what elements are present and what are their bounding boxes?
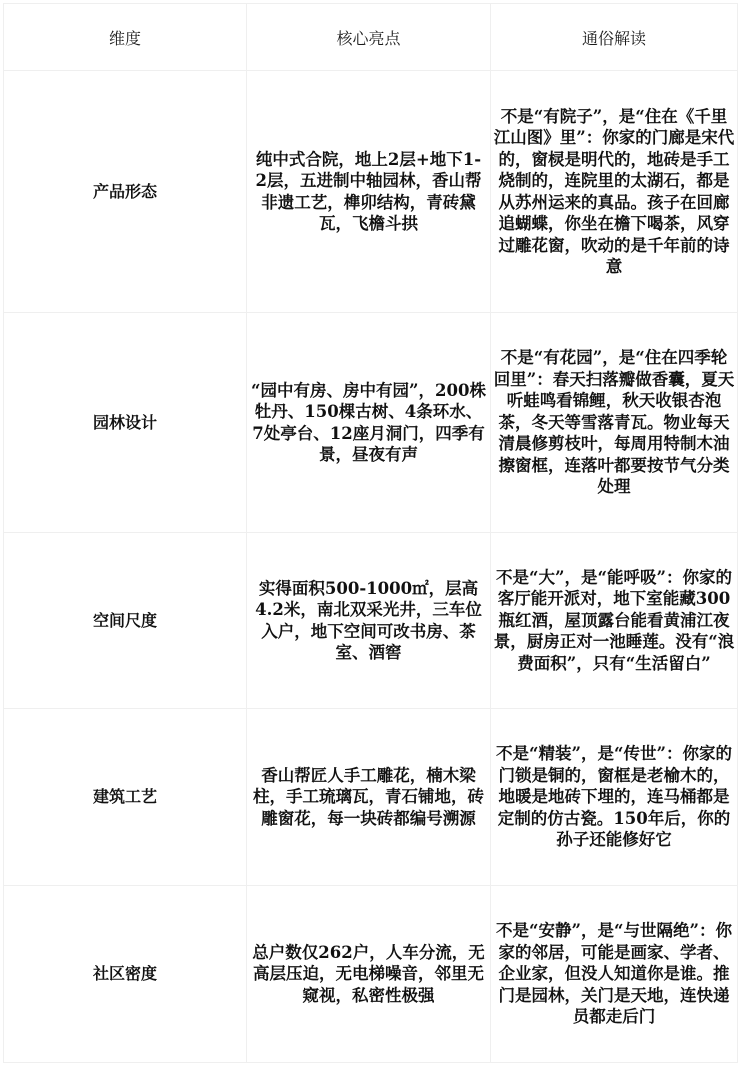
table-row: 社区密度 总户数仅262户，人车分流，无高层压迫，无电梯噪音，邻里无窥视，私密性… <box>4 886 738 1063</box>
cell-highlight: 实得面积500-1000㎡，层高4.2米，南北双采光井，三车位入户，地下空间可改… <box>247 533 491 709</box>
comparison-table: 维度 核心亮点 通俗解读 产品形态 纯中式合院，地上2层+地下1-2层，五进制中… <box>3 3 738 1063</box>
cell-highlight: “园中有房、房中有园”，200株牡丹、150棵古树、4条环水、7处亭台、12座月… <box>247 313 491 533</box>
table-row: 空间尺度 实得面积500-1000㎡，层高4.2米，南北双采光井，三车位入户，地… <box>4 533 738 709</box>
cell-highlight: 香山帮匠人手工雕花，楠木梁柱，手工琉璃瓦，青石铺地，砖雕窗花，每一块砖都编号溯源 <box>247 709 491 886</box>
header-plain-reading: 通俗解读 <box>491 4 738 71</box>
cell-plain-reading: 不是“精装”，是“传世”：你家的门锁是铜的，窗框是老榆木的，地暖是地砖下埋的，连… <box>491 709 738 886</box>
cell-dimension: 产品形态 <box>4 71 247 313</box>
cell-highlight: 纯中式合院，地上2层+地下1-2层，五进制中轴园林，香山帮非遗工艺，榫卯结构，青… <box>247 71 491 313</box>
cell-dimension: 建筑工艺 <box>4 709 247 886</box>
cell-dimension: 空间尺度 <box>4 533 247 709</box>
table-row: 产品形态 纯中式合院，地上2层+地下1-2层，五进制中轴园林，香山帮非遗工艺，榫… <box>4 71 738 313</box>
comparison-table-container: 维度 核心亮点 通俗解读 产品形态 纯中式合院，地上2层+地下1-2层，五进制中… <box>3 3 737 1063</box>
cell-plain-reading: 不是“安静”，是“与世隔绝”：你家的邻居，可能是画家、学者、企业家，但没人知道你… <box>491 886 738 1063</box>
header-dimension: 维度 <box>4 4 247 71</box>
cell-plain-reading: 不是“有花园”，是“住在四季轮回里”：春天扫落瓣做香囊，夏天听蛙鸣看锦鲤，秋天收… <box>491 313 738 533</box>
cell-dimension: 园林设计 <box>4 313 247 533</box>
cell-plain-reading: 不是“有院子”，是“住在《千里江山图》里”：你家的门廊是宋代的，窗棂是明代的，地… <box>491 71 738 313</box>
cell-highlight: 总户数仅262户，人车分流，无高层压迫，无电梯噪音，邻里无窥视，私密性极强 <box>247 886 491 1063</box>
cell-plain-reading: 不是“大”，是“能呼吸”：你家的客厅能开派对，地下室能藏300瓶红酒，屋顶露台能… <box>491 533 738 709</box>
header-core-highlight: 核心亮点 <box>247 4 491 71</box>
table-header-row: 维度 核心亮点 通俗解读 <box>4 4 738 71</box>
cell-dimension: 社区密度 <box>4 886 247 1063</box>
table-row: 园林设计 “园中有房、房中有园”，200株牡丹、150棵古树、4条环水、7处亭台… <box>4 313 738 533</box>
table-row: 建筑工艺 香山帮匠人手工雕花，楠木梁柱，手工琉璃瓦，青石铺地，砖雕窗花，每一块砖… <box>4 709 738 886</box>
